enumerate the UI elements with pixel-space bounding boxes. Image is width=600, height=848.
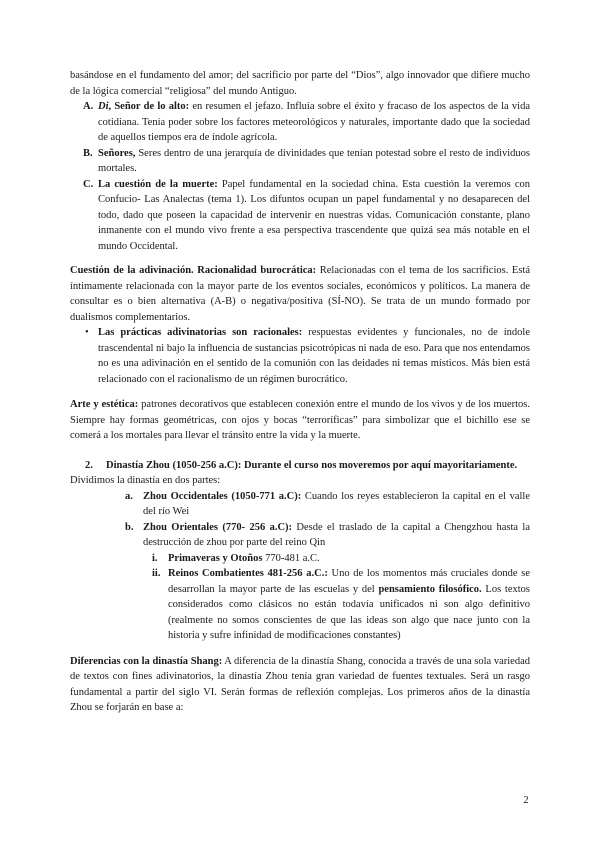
paragraph-adivinacion: Cuestión de la adivinación. Racionalidad…: [70, 263, 530, 325]
lead-bold: Señores,: [98, 148, 135, 159]
bullet-item-practicas: •Las prácticas adivinatorias son raciona…: [70, 325, 530, 387]
emphasis-bold: pensamiento filosófico.: [378, 584, 481, 595]
list-item-reinos-combatientes: ii.Reinos Combatientes 481-256 a.C.: Uno…: [70, 566, 530, 644]
text-run: Dividimos la dinastía en dos partes:: [70, 475, 220, 486]
list-item-b-senores: B.Señores, Seres dentro de una jerarquía…: [70, 146, 530, 177]
spacer: [70, 444, 530, 458]
numbered-item-dinastia-zhou: 2.Dinastía Zhou (1050-256 a.C): Durante …: [70, 458, 530, 474]
lead-bold: Las prácticas adivinatorias son racional…: [98, 327, 302, 338]
lead-bold: Zhou Occidentales (1050-771 a.C):: [143, 491, 301, 502]
list-item-primaveras-otonos: i.Primaveras y Otoños 770-481 a.C.: [70, 551, 530, 567]
text-run: Seres dentro de una jerarquía de divinid…: [98, 148, 530, 175]
lead-bold: Primaveras y Otoños: [168, 553, 263, 564]
list-marker: 2.: [85, 458, 93, 474]
paragraph-intro: basándose en el fundamento del amor; del…: [70, 68, 530, 99]
paragraph-arte-estetica: Arte y estética: patrones decorativos qu…: [70, 397, 530, 444]
page-content: basándose en el fundamento del amor; del…: [70, 68, 530, 716]
spacer: [70, 387, 530, 397]
list-marker: i.: [152, 551, 158, 567]
spacer: [70, 254, 530, 263]
lead-bold: , Señor de lo alto:: [109, 101, 190, 112]
list-marker: b.: [125, 520, 133, 536]
text-run: 770-481 a.C.: [263, 553, 320, 564]
list-marker: a.: [125, 489, 133, 505]
list-marker: C.: [83, 177, 93, 193]
lead-bold: Zhou Orientales (770- 256 a.C):: [143, 522, 292, 533]
lead-bold: Cuestión de la adivinación. Racionalidad…: [70, 265, 316, 276]
lead-bold: Diferencias con la dinastía Shang:: [70, 656, 222, 667]
lead-bold: La cuestión de la muerte:: [98, 179, 218, 190]
list-marker: ii.: [152, 566, 160, 582]
term-di: Di: [98, 101, 109, 112]
page-number: 2: [516, 793, 536, 809]
list-item-c-muerte: C.La cuestión de la muerte: Papel fundam…: [70, 177, 530, 255]
list-marker: B.: [83, 146, 93, 162]
list-item-zhou-occidentales: a.Zhou Occidentales (1050-771 a.C): Cuan…: [70, 489, 530, 520]
document-page: basándose en el fundamento del amor; del…: [0, 0, 600, 848]
list-item-zhou-orientales: b.Zhou Orientales (770- 256 a.C): Desde …: [70, 520, 530, 551]
paragraph-dividimos: Dividimos la dinastía en dos partes:: [70, 473, 530, 489]
text-run: patrones decorativos que establecen cone…: [70, 399, 530, 441]
list-item-a-di: A.Di, Señor de lo alto: en resumen el je…: [70, 99, 530, 146]
bullet-icon: •: [85, 325, 89, 341]
paragraph-diferencias-shang: Diferencias con la dinastía Shang: A dif…: [70, 654, 530, 716]
lead-bold: Arte y estética:: [70, 399, 138, 410]
text-run: basándose en el fundamento del amor; del…: [70, 70, 530, 97]
spacer: [70, 644, 530, 654]
heading-bold: Dinastía Zhou (1050-256 a.C): Durante el…: [106, 460, 517, 471]
lead-bold: Reinos Combatientes 481-256 a.C.:: [168, 568, 328, 579]
list-marker: A.: [83, 99, 93, 115]
